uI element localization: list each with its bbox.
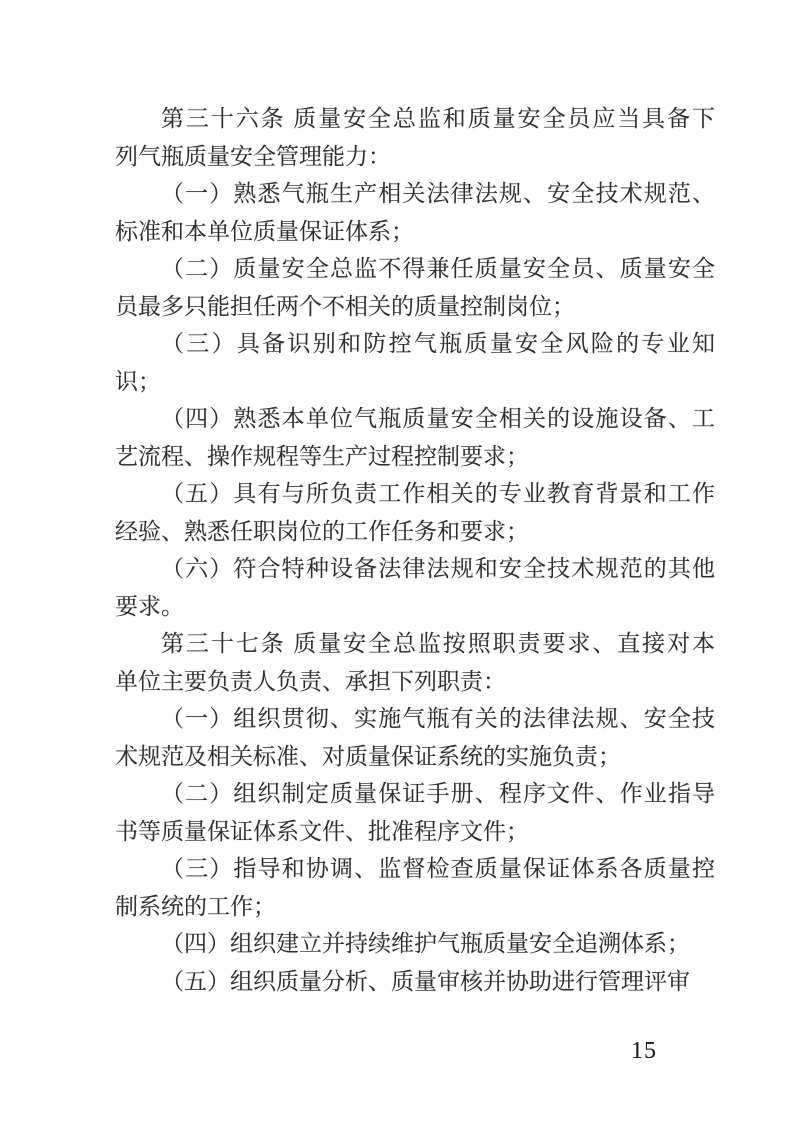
text-line: 列气瓶质量安全管理能力： bbox=[115, 138, 715, 176]
text-line: 制系统的工作； bbox=[115, 888, 715, 926]
text-line: （三）具备识别和防控气瓶质量安全风险的专业知 bbox=[115, 325, 715, 363]
text-line: （二）质量安全总监不得兼任质量安全员、质量安全 bbox=[115, 250, 715, 288]
text-line: 员最多只能担任两个不相关的质量控制岗位； bbox=[115, 288, 715, 326]
text-line: 书等质量保证体系文件、批准程序文件； bbox=[115, 813, 715, 851]
document-text-block: 第三十六条 质量安全总监和质量安全员应当具备下 列气瓶质量安全管理能力： （一）… bbox=[115, 100, 715, 1000]
text-line: （三）指导和协调、监督检查质量保证体系各质量控 bbox=[115, 850, 715, 888]
text-line: （一）熟悉气瓶生产相关法律法规、安全技术规范、 bbox=[115, 175, 715, 213]
document-page: 第三十六条 质量安全总监和质量安全员应当具备下 列气瓶质量安全管理能力： （一）… bbox=[0, 0, 793, 1122]
text-line: 艺流程、操作规程等生产过程控制要求； bbox=[115, 438, 715, 476]
text-line: （一）组织贯彻、实施气瓶有关的法律法规、安全技 bbox=[115, 700, 715, 738]
text-line: 标准和本单位质量保证体系； bbox=[115, 213, 715, 251]
text-line: （二）组织制定质量保证手册、程序文件、作业指导 bbox=[115, 775, 715, 813]
text-line: 要求。 bbox=[115, 588, 715, 626]
text-line: （四）熟悉本单位气瓶质量安全相关的设施设备、工 bbox=[115, 400, 715, 438]
text-line: 第三十六条 质量安全总监和质量安全员应当具备下 bbox=[115, 100, 715, 138]
text-line: 经验、熟悉任职岗位的工作任务和要求； bbox=[115, 513, 715, 551]
text-line: （五）组织质量分析、质量审核并协助进行管理评审 bbox=[115, 963, 715, 1001]
text-line: （六）符合特种设备法律法规和安全技术规范的其他 bbox=[115, 550, 715, 588]
text-line: 识； bbox=[115, 363, 715, 401]
text-line: （五）具有与所负责工作相关的专业教育背景和工作 bbox=[115, 475, 715, 513]
text-line: 术规范及相关标准、对质量保证系统的实施负责； bbox=[115, 738, 715, 776]
text-line: 单位主要负责人负责、承担下列职责： bbox=[115, 663, 715, 701]
page-number: 15 bbox=[631, 1036, 657, 1066]
text-line: （四）组织建立并持续维护气瓶质量安全追溯体系； bbox=[115, 925, 715, 963]
text-line: 第三十七条 质量安全总监按照职责要求、直接对本 bbox=[115, 625, 715, 663]
